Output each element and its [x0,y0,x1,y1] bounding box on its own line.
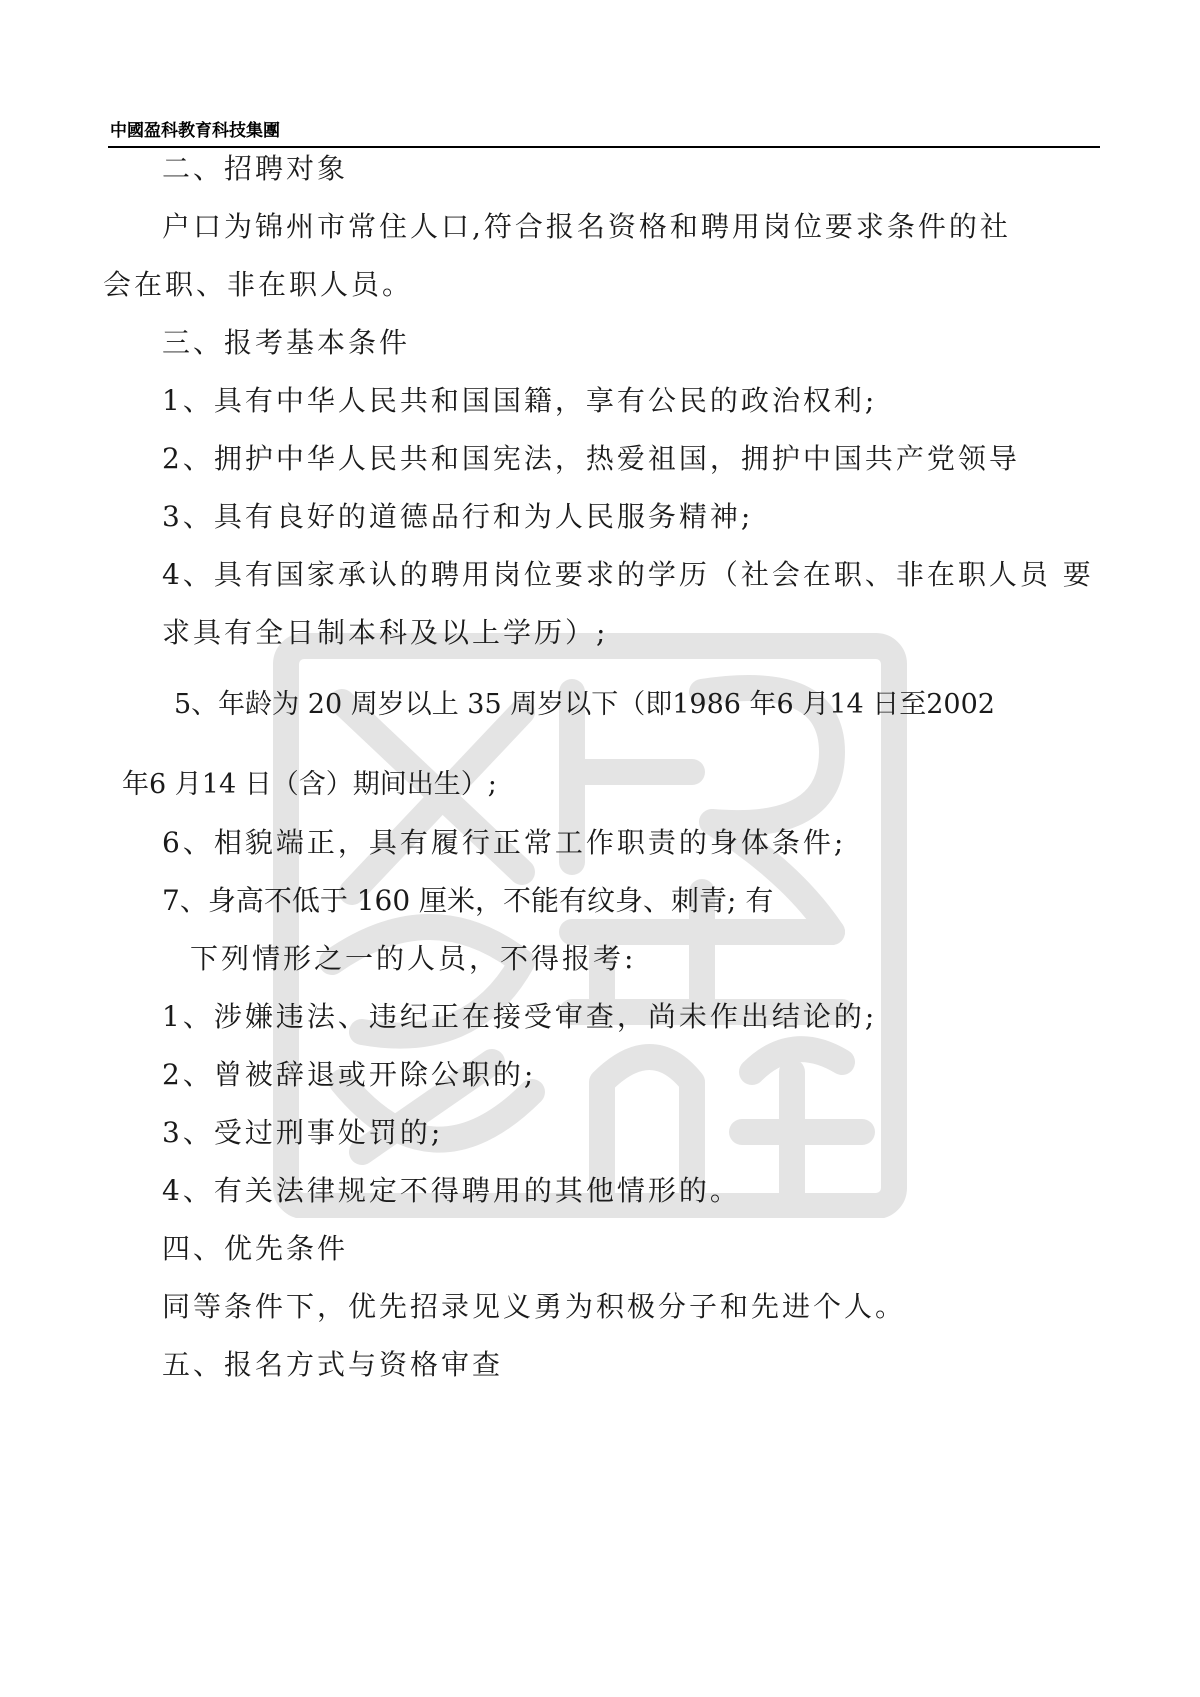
list-item-condition-6: 6、相貌端正，具有履行正常工作职责的身体条件; [162,826,846,860]
header-divider [108,146,1100,148]
list-item-condition-5-continued: 年6 月14 日（含）期间出生）; [122,768,497,802]
paragraph-residency-continued: 会在职、非在职人员。 [103,268,413,302]
list-item-disqualification-1: 1、涉嫌违法、违纪正在接受审查，尚未作出结论的; [162,1000,877,1034]
list-item-disqualification-3: 3、受过刑事处罚的; [162,1116,443,1150]
paragraph-residency-requirement: 户口为锦州市常住人口,符合报名资格和聘用岗位要求条件的社 [162,210,1011,244]
list-item-disqualification-4: 4、有关法律规定不得聘用的其他情形的。 [162,1174,741,1208]
section-heading-priority-conditions: 四、优先条件 [162,1232,348,1266]
list-item-condition-4: 4、具有国家承认的聘用岗位要求的学历（社会在职、非在职人员 要 [162,558,1094,592]
paragraph-priority-conditions: 同等条件下，优先招录见义勇为积极分子和先进个人。 [162,1290,906,1324]
list-item-condition-2: 2、拥护中华人民共和国宪法，热爱祖国，拥护中国共产党领导 [162,442,1020,476]
list-item-condition-3: 3、具有良好的道德品行和为人民服务精神; [162,500,753,534]
list-item-disqualification-2: 2、曾被辞退或开除公职的; [162,1058,536,1092]
section-heading-registration: 五、报名方式与资格审查 [162,1348,503,1382]
list-item-condition-1: 1、具有中华人民共和国国籍，享有公民的政治权利; [162,384,877,418]
list-item-condition-5: 5、年龄为 20 周岁以上 35 周岁以下（即1986 年6 月14 日至200… [174,688,995,722]
list-item-condition-4-continued: 求具有全日制本科及以上学历）; [162,616,608,650]
header-org-name: 中國盈科教育科技集團 [110,116,280,141]
section-heading-basic-conditions: 三、报考基本条件 [162,326,410,360]
list-item-condition-7: 7、身高不低于 160 厘米，不能有纹身、刺青; 有 [162,884,773,918]
paragraph-disqualifications-intro: 下列情形之一的人员，不得报考: [190,942,636,976]
section-heading-recruitment-target: 二、招聘对象 [162,152,348,186]
